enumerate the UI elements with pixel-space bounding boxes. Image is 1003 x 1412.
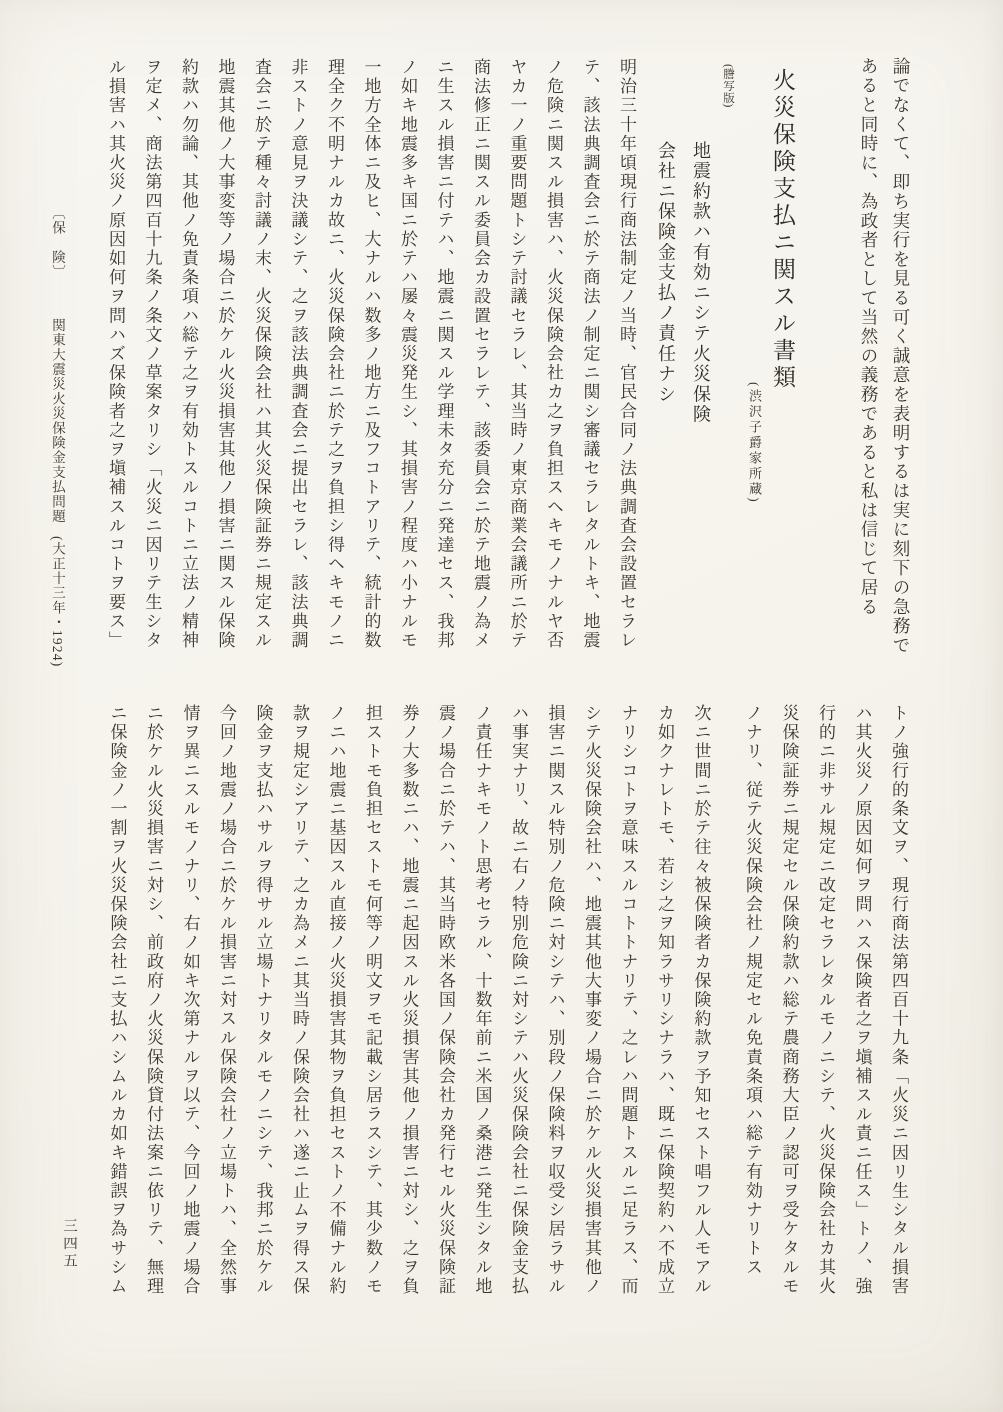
- body-paragraph: 次ニ世間ニ於テ往々被保険者カ保険約款ヲ予知セスト唱フル人モアルカ如クナレトモ、若…: [98, 704, 719, 1304]
- body-column: トノ強行的条文ヲ、現行商法第四百十九条「火災ニ因リ生シタル損害: [880, 704, 917, 1304]
- body-column: ニ生スル損害ニ付テハ、地震ニ関スル学理未タ充分ニ発達セス、我邦: [425, 58, 462, 658]
- section-heading: 地震約款ハ有効ニシテ火災保険会社ニ保険金支払ノ責任ナシ: [648, 141, 718, 451]
- margin-book-title: 関東大震災火災保険金支払問題: [44, 318, 70, 524]
- page-number: 三四五: [58, 1218, 80, 1271]
- margin-publication-date: (大正十三年・1924): [44, 536, 70, 667]
- body-column: ハ其火災ノ原因如何ヲ問ハス保険者之ヲ塡補スル責ニ任ス」トノ、強: [843, 704, 880, 1304]
- intro-line: 論でなくて、即ち実行を見る可く誠意を表明するは実に刻下の急務で: [885, 57, 917, 663]
- body-column: カ如クナレトモ、若シ之ヲ知ラサリシナラハ、既ニ保険契約ハ不成立: [646, 704, 683, 1304]
- body-column: ノ責任ナキモノト思考セラル、十数年前ニ米国ノ桑港ニ発生シタル地: [463, 704, 500, 1304]
- body-column: 震ノ場合ニ於テハ、其当時欧米各国ノ保険会社カ発行セル火災保険証: [427, 704, 464, 1304]
- body-column: 行的ニ非サル規定ニ改定セラレタルモノニシテ、火災保険会社カ其火: [807, 704, 844, 1304]
- body-column: 一地方全体ニ及ヒ、大ナルハ数多ノ地方ニ及フコトアリテ、統計的数: [352, 58, 389, 658]
- upper-body-block: 明治三十年頃現行商法制定ノ当時、官民合同ノ法典調査会設置セラレテ、該法典調査会ニ…: [97, 58, 645, 658]
- body-column: ノニハ地震ニ基因スル直接ノ火災損害其物ヲ負担セストノ不備ナル約: [317, 704, 354, 1304]
- body-column: ノナリ、従テ火災保険会社ノ規定セル免責条項ハ総テ有効ナリトス: [734, 704, 771, 1304]
- body-column: 地震其他ノ大事変等ノ場合ニ於ケル火災損害其他ノ損害ニ関スル保険: [206, 58, 243, 658]
- body-column: ハ事実ナリ、故ニ右ノ特別危険ニ対シテハ火災保険会社ニ保険金支払: [500, 704, 537, 1304]
- body-column: 査会ニ於テ種々討議ノ末、火災保険会社ハ其火災保険証券ニ規定スル: [243, 58, 280, 658]
- body-paragraph: トノ強行的条文ヲ、現行商法第四百十九条「火災ニ因リ生シタル損害ハ其火災ノ原因如何…: [734, 704, 917, 1304]
- heading-line: 地震約款ハ有効ニシテ火災保険: [683, 141, 718, 451]
- document-title: 火災保険支払ニ関スル書類: [764, 68, 801, 392]
- body-column: 券ノ大多数ニハ、地震ニ起因スル火災損害其他ノ損害ニ対シ、之ヲ負: [390, 704, 427, 1304]
- body-column: 険金ヲ支払ハサルヲ得サル立場トナリタルモノニシテ、我邦ニ於ケル: [244, 704, 281, 1304]
- body-column: 明治三十年頃現行商法制定ノ当時、官民合同ノ法典調査会設置セラレ: [608, 58, 645, 658]
- body-column: ニ於ケル火災損害ニ対シ、前政府ノ火災保険貸付法案ニ依リテ、無理: [135, 704, 172, 1304]
- body-column: 理全ク不明ナルカ故ニ、火災保険会社ニ於テ之ヲ負担シ得ヘキモノニ: [316, 58, 353, 658]
- margin-category-label: 〔保 険〕: [44, 206, 70, 280]
- lower-body-block: トノ強行的条文ヲ、現行商法第四百十九条「火災ニ因リ生シタル損害ハ其火災ノ原因如何…: [98, 704, 916, 1304]
- margin-running-title: 〔保 険〕 関東大震災火災保険金支払問題 (大正十三年・1924): [44, 206, 70, 736]
- body-column: ル損害ハ其火災ノ原因如何ヲ問ハズ保険者之ヲ塡補スルコトヲ要ス」: [97, 58, 134, 658]
- body-column: ニ保険金ノ一割ヲ火災保険会社ニ支払ハシムルカ如キ錯誤ヲ為サシム: [98, 704, 135, 1304]
- intro-passage: 論でなくて、即ち実行を見る可く誠意を表明するは実に刻下の急務であると同時に、為政…: [853, 57, 917, 663]
- body-column: ノ危険ニ関スル損害ハ、火災保険会社カ之ヲ負担スヘキモノナルヤ否: [535, 58, 572, 658]
- body-column: 今回ノ地震ノ場合ニ於ケル損害ニ対スル保険会社ノ立場トハ、全然事: [208, 704, 245, 1304]
- body-column: 損害ニ関スル特別ノ危険ニ対シテハ、別段ノ保険料ヲ収受シ居ラサル: [536, 704, 573, 1304]
- body-column: 商法修正ニ関スル委員会カ設置セラレテ、該委員会ニ於テ地震ノ為メ: [462, 58, 499, 658]
- body-column: ヲ定メ、商法第四百十九条ノ条文ノ草案タリシ「火災ニ因リテ生シタ: [133, 58, 170, 658]
- scanned-document-page: 〔保 険〕 関東大震災火災保険金支払問題 (大正十三年・1924) 三四五 論で…: [0, 0, 1003, 1412]
- body-column: 担ストモ負担セストモ何等ノ明文ヲモ記載シ居ラスシテ、其少数ノモ: [354, 704, 391, 1304]
- body-column: ノ如キ地震多キ国ニ於テハ屡々震災発生シ、其損害ノ程度ハ小ナルモ: [389, 58, 426, 658]
- body-column: テ、該法典調査会ニ於テ商法ノ制定ニ関シ審議セラレタルトキ、地震: [571, 58, 608, 658]
- edition-note: (謄写版): [719, 64, 737, 108]
- body-column: 款ヲ規定シアリテ、之カ為メニ其当時ノ保険会社ハ遂ニ止ムヲ得ス保: [281, 704, 318, 1304]
- source-note: (渋沢子爵家所蔵): [744, 382, 764, 504]
- body-column: 次ニ世間ニ於テ往々被保険者カ保険約款ヲ予知セスト唱フル人モアル: [682, 704, 719, 1304]
- body-column: ナリシコトヲ意味スルコトトナリテ、之レハ問題トスルニ足ラス、而: [609, 704, 646, 1304]
- heading-line: 会社ニ保険金支払ノ責任ナシ: [648, 141, 683, 451]
- body-column: 非ストノ意見ヲ決議シテ、之ヲ該法典調査会ニ提出セラレ、該法典調: [279, 58, 316, 658]
- intro-line: あると同時に、為政者として当然の義務であると私は信じて居る: [853, 57, 885, 663]
- body-column: 災保険証券ニ規定セル保険約款ハ総テ農商務大臣ノ認可ヲ受ケタルモ: [770, 704, 807, 1304]
- body-column: ヤカ一ノ重要問題トシテ討議セラレ、其当時ノ東京商業会議所ニ於テ: [498, 58, 535, 658]
- body-column: シテ火災保険会社ハ、地震其他大事変ノ場合ニ於ケル火災損害其他ノ: [573, 704, 610, 1304]
- body-column: 約款ハ勿論、其他ノ免責条項ハ総テ之ヲ有効トスルコトニ立法ノ精神: [170, 58, 207, 658]
- body-column: 情ヲ異ニスルモノナリ、右ノ如キ次第ナルヲ以テ、今回ノ地震ノ場合: [171, 704, 208, 1304]
